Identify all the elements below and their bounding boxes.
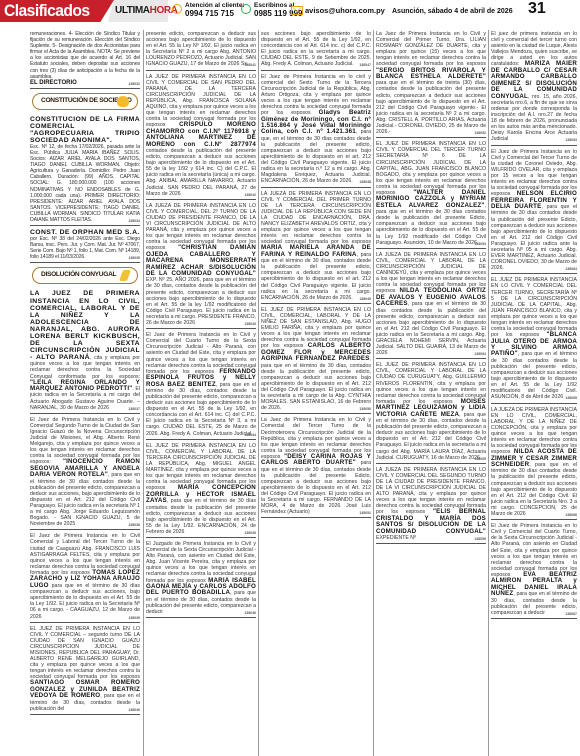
notice-divorce: sus acciones bajo apercibimiento de lo d…: [261, 30, 371, 71]
notice-divorce: La Juez de Primera Instancia en lo Civil…: [261, 416, 371, 518]
notice-divorce: presente edicto, comparezcan a deducir s…: [146, 30, 256, 71]
notice-signature: EL DIRECTORIO: [30, 80, 77, 86]
column-1: remuneraciones. 4- Elección de Síndico T…: [30, 30, 140, 756]
notice-divorce: LA JUEZ DE PRIMERA INSTANCIA EN LO CIVIL…: [146, 73, 256, 200]
brand-logo: ULTIMAHORA: [115, 5, 177, 16]
notice-divorce: EL JUEZ DE PRIMERA INSTANCIA EN LO CIVIL…: [261, 306, 371, 415]
notice-divorce: LA JUEZA DE PRIMERA INSTANCIA EN LO CIVI…: [376, 466, 486, 544]
notice-divorce: EL JUEZ DE PRIMERA INSTANCIA EN LO CIVIL…: [376, 361, 486, 463]
notice-divorce: El Juez de Primera Instancia en lo Civil…: [491, 522, 577, 619]
whatsapp-icon: [241, 4, 251, 14]
dateline: Asunción, sábado 4 de abril de 2026: [392, 8, 513, 15]
page-header: Clasificados ULTIMAHORA Atención al clie…: [0, 0, 580, 30]
notice-assembly: remuneraciones. 4- Elección de Síndico T…: [30, 30, 140, 89]
notice-divorce: El Juez de Primera Instancia en lo Civil…: [30, 416, 140, 531]
notice-divorce: LA JUEZA DE PRIMERA INSTANCIA EN LO CIVI…: [261, 190, 371, 304]
notice-code: 138032: [128, 81, 140, 87]
notice-divorce: El Juez de Primera Instancia en lo Civil…: [491, 148, 577, 275]
section-disolucion-conyugal: DISOLUCIÓN CONYUGAL: [32, 267, 138, 284]
contact-phone: Atención al cliente: 0994 715 715: [185, 2, 245, 18]
section-title: Clasificados: [4, 1, 90, 21]
phone-icon: [172, 4, 182, 14]
notice-divorce: LA JUEZ DE PRIMERA INSTANCIA EN LO CIVIL…: [30, 289, 140, 413]
notice-divorce: LA JUEZA DE PRIMERA INSTANCIA EN LO CIVI…: [146, 202, 256, 329]
notice-divorce: El Juez de Primera Instancia en lo civil…: [261, 73, 371, 188]
section-constitucion-sociedad: CONSTITUCIÓN DE SOCIEDAD: [32, 93, 138, 110]
phone-number-link[interactable]: 0994 715 715: [185, 10, 245, 18]
notice-divorce: EL JUEZ DE PRIMERA INSTANCIA EN LO CIVIL…: [30, 625, 140, 715]
notice-constitution: CONST. DE ORPHAN MED S.A. por Esc. Nº 38…: [30, 228, 140, 263]
column-4: La Juez de Primera Instancia en lo Civil…: [376, 30, 486, 756]
notice-divorce: El Juzgado de Primera Instancia en lo Ci…: [146, 540, 256, 618]
handshake-icon: [117, 96, 129, 107]
pen-icon: [119, 270, 131, 281]
notice-divorce: El juez de primera instancia en lo civil…: [491, 30, 577, 146]
notice-divorce: LA JUEZA DE PRIMERA INSTANCIA EN LO CIVI…: [491, 406, 577, 521]
notice-divorce: EL JUEZ DE PRIMERA INSTANCIA EN LO CIVIL…: [491, 276, 577, 403]
notice-divorce: El Juez de Primera Instancia en lo Civil…: [146, 331, 256, 440]
notice-constitution: CONSTITUCION DE LA FIRMA COMERCIAL "AGRO…: [30, 115, 140, 226]
notice-divorce: El Juez de Primera Instancia en lo Civil…: [30, 532, 140, 622]
notice-divorce: LA JUEZA DE PRIMERA INSTANCIA EN LO CIVI…: [376, 251, 486, 360]
notice-divorce: La Juez de Primera Instancia en lo Civil…: [376, 30, 486, 138]
page-number: 31: [528, 0, 546, 18]
column-5: El juez de primera instancia en lo civil…: [491, 30, 577, 756]
column-2: presente edicto, comparezcan a deducir s…: [146, 30, 256, 756]
mail-icon: [291, 6, 303, 15]
notice-divorce: EL JUEZ DE PRIMERA INSTANCIA EN LO CIVIL…: [376, 140, 486, 249]
notice-divorce: EL JUEZ DE PRIMERA INSTANCIA EN LO CIVIL…: [146, 442, 256, 538]
email-link[interactable]: avisos@uhora.com.py: [305, 6, 385, 15]
column-3: sus acciones bajo apercibimiento de lo d…: [261, 30, 371, 756]
